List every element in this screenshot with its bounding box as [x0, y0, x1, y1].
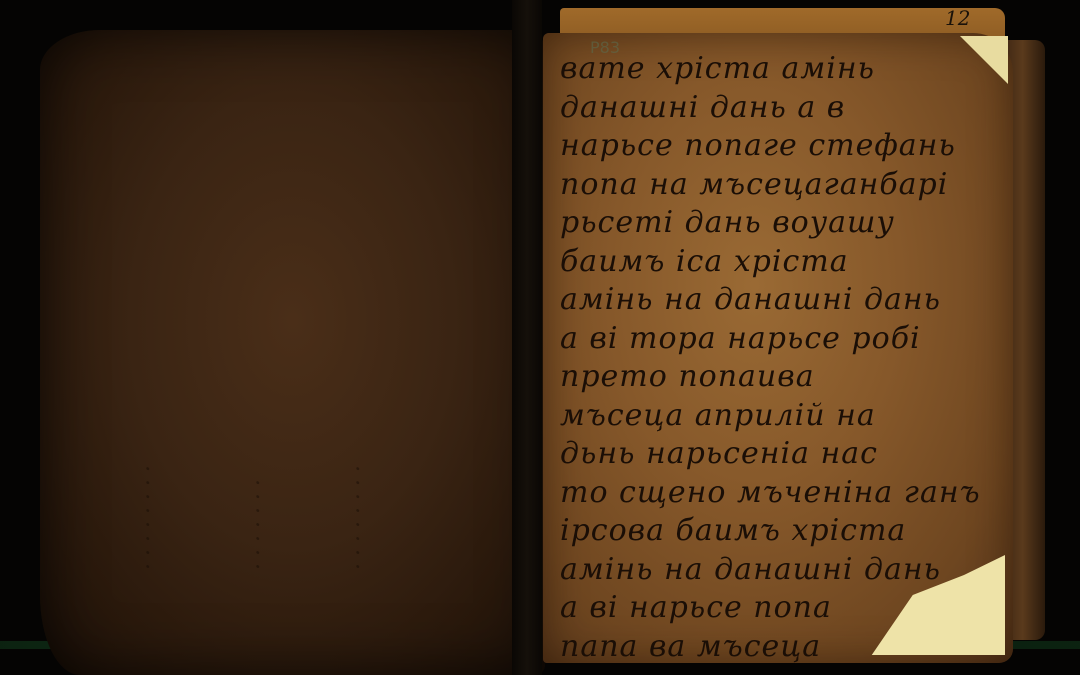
manuscript-line: данашні дань а в	[560, 89, 990, 128]
manuscript-line: прето попаива	[560, 358, 990, 397]
manuscript-line: амінь на данашні дань	[560, 281, 990, 320]
manuscript-line: папа ва мъсеца	[560, 628, 990, 667]
manuscript-line: а ві тора нарьсе робі	[560, 320, 990, 359]
book-spine	[512, 0, 542, 675]
manuscript-line: вате хріста амінь	[560, 50, 990, 89]
faded-text: . . . . . . .	[240, 190, 265, 570]
manuscript-line: то сщено мъченіна ганъ	[560, 474, 990, 513]
manuscript-line: попа на мъсецаганбарі	[560, 166, 990, 205]
manuscript-line: дьнь нарьсеніа нас	[560, 435, 990, 474]
manuscript-line: а ві нарьсе попа	[560, 589, 990, 628]
manuscript-line: нарьсе попаге стефань	[560, 127, 990, 166]
photo-scene: . . . . . . . . . . . . . . . . . . . . …	[0, 0, 1080, 675]
folio-number: 12	[945, 6, 970, 30]
manuscript-line: мъсеца априлій на	[560, 397, 990, 436]
left-page: . . . . . . . . . . . . . . . . . . . . …	[40, 30, 545, 675]
faded-text: . . . . . . . .	[130, 150, 155, 570]
manuscript-line: амінь на данашні дань	[560, 551, 990, 590]
faded-text: . . . . . . . .	[340, 170, 365, 570]
manuscript-text: вате хріста амінь данашні дань а в нарьс…	[560, 50, 990, 666]
manuscript-line: рьсеті дань воуашу	[560, 204, 990, 243]
manuscript-line: ірсова баимъ хріста	[560, 512, 990, 551]
manuscript-line: баимъ іса хріста	[560, 243, 990, 282]
